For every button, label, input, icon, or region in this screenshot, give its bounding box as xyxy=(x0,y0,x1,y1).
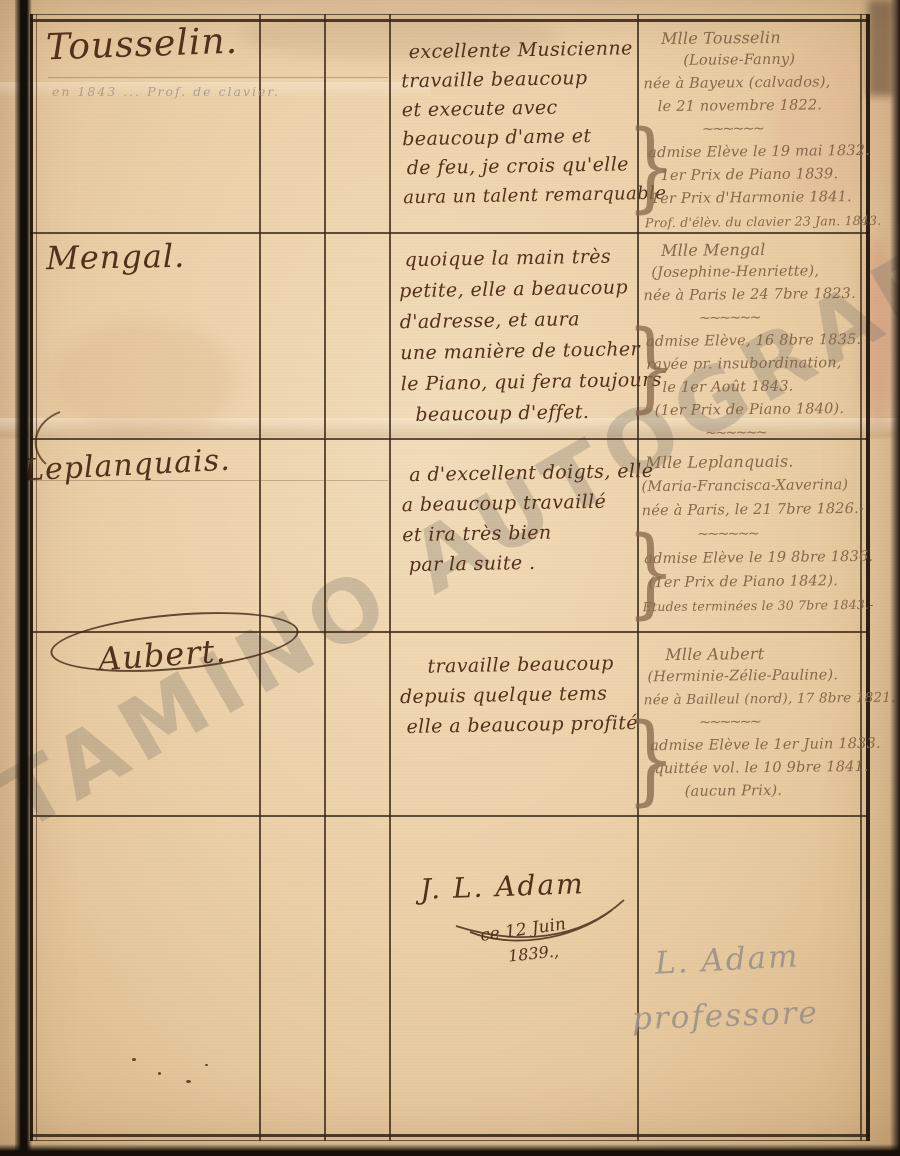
teacher-comment: quoique la main très petite, elle a beau… xyxy=(398,241,662,432)
brace: } xyxy=(626,517,676,630)
detail-line: 1er Prix d'Harmonie 1841. xyxy=(651,186,882,211)
brace: } xyxy=(626,111,676,224)
table-top-line xyxy=(30,14,870,15)
comment-line: quoique la main très xyxy=(404,241,660,276)
squiggle-divider: ~~~~~~ xyxy=(697,521,873,547)
squiggle-divider: ~~~~~~ xyxy=(702,117,881,142)
scanned-document-page: TAMINO AUTOGRAPHS Tousselin. en 1843 ...… xyxy=(0,0,900,1156)
column-divider xyxy=(389,14,391,1141)
detail-line: admise Elève le 19 mai 1832. xyxy=(648,140,881,165)
teacher-comment: travaille beaucoup depuis quelque tems e… xyxy=(399,648,638,742)
column-divider xyxy=(324,14,326,1141)
registry-details: Mlle Mengal (Josephine-Henriette), née à… xyxy=(643,237,862,446)
student-name: Mengal. xyxy=(46,237,186,277)
detail-line: (1er Prix de Piano 1840). xyxy=(655,398,863,423)
ink-speck xyxy=(186,1080,191,1083)
squiggle-divider: ~~~~~~ xyxy=(699,710,896,735)
registry-details: Mlle Tousselin (Louise-Fanny) née à Baye… xyxy=(643,25,882,234)
comment-line: le Piano, qui fera toujours xyxy=(401,365,663,401)
registry-details: Mlle Leplanquais. (Maria-Francisca-Xaver… xyxy=(641,449,874,619)
table-bottom-line xyxy=(30,1140,870,1141)
foxing-stain xyxy=(55,320,235,440)
detail-line: (Maria-Francisca-Xaverina) xyxy=(641,473,872,499)
table-left-border-inner xyxy=(36,14,37,1141)
column-divider xyxy=(259,14,261,1141)
faint-underline xyxy=(48,77,388,78)
squiggle-divider: ~~~~~~ xyxy=(705,421,863,446)
detail-line: (1er Prix de Piano 1842). xyxy=(648,569,873,595)
comment-line: elle a beaucoup profité xyxy=(406,708,638,742)
detail-line: (Louise-Fanny) xyxy=(683,48,880,73)
comment-line: excellente Musicienne xyxy=(409,34,665,67)
detail-line: Mlle Leplanquais. xyxy=(645,449,872,475)
detail-line: Mlle Mengal xyxy=(661,237,861,262)
ink-speck xyxy=(132,1058,136,1061)
detail-line: (Josephine-Henriette), xyxy=(651,260,861,285)
detail-line: Prof. d'élèv. du clavier 23 Jan. 1843. xyxy=(645,209,882,234)
comment-line: d'adresse, et aura xyxy=(399,303,661,339)
detail-line: quittée vol. le 10 9bre 1841. xyxy=(654,756,896,782)
detail-line: Etudes terminées le 30 7bre 1843.- xyxy=(643,593,874,619)
detail-line: admise Elève le 1er Juin 1833. xyxy=(650,733,896,759)
comment-line: a d'excellent doigts, elle xyxy=(409,456,654,490)
comment-line: petite, elle a beaucoup xyxy=(399,272,661,308)
student-name: Tousselin. xyxy=(45,21,238,69)
detail-line: née à Paris le 24 7bre 1823. xyxy=(643,283,861,308)
detail-line: admise Elève, 16 8bre 1835. xyxy=(646,329,862,354)
detail-line: rayée pr. insubordination, xyxy=(646,352,862,377)
brace: } xyxy=(626,704,676,817)
detail-line: née à Paris, le 21 7bre 1826.- xyxy=(642,497,873,523)
detail-line: née à Bayeux (calvados), xyxy=(643,71,880,96)
ink-speck xyxy=(158,1072,161,1075)
pencil-annotation-name: L. Adam xyxy=(654,938,800,982)
detail-line: Mlle Aubert xyxy=(665,641,895,666)
detail-line: le 21 novembre 1822. xyxy=(658,94,881,119)
detail-line: née à Bailleul (nord), 17 8bre 1821. xyxy=(644,687,896,713)
name-flourish xyxy=(20,408,70,468)
detail-line: Mlle Tousselin xyxy=(661,25,880,50)
detail-line: admise Elève le 19 8bre 1836. xyxy=(644,545,873,571)
comment-line: par la suite . xyxy=(409,546,656,580)
table-left-border xyxy=(30,14,33,1141)
squiggle-divider: ~~~~~~ xyxy=(699,306,862,331)
comment-line: depuis quelque tems xyxy=(400,678,638,712)
registry-details: Mlle Aubert (Herminie-Zélie-Pauline). né… xyxy=(643,641,897,805)
teacher-comment: a d'excellent doigts, elle a beaucoup tr… xyxy=(401,456,655,580)
ink-speck xyxy=(205,1064,208,1066)
comment-line: a beaucoup travaillé xyxy=(401,486,654,520)
comment-line: travaille beaucoup xyxy=(401,63,665,97)
table-bottom-line-thick xyxy=(30,1134,870,1137)
comment-line: travaille beaucoup xyxy=(427,648,637,682)
pencil-annotation-title: professore xyxy=(631,995,819,1037)
pencil-note: en 1843 ... Prof. de clavier. xyxy=(52,84,280,99)
row-divider xyxy=(30,815,868,817)
table-top-line-thick xyxy=(30,19,870,22)
comment-line: et ira très bien xyxy=(402,516,655,550)
detail-line: (aucun Prix). xyxy=(685,779,897,804)
detail-line: 1er Prix de Piano 1839. xyxy=(660,163,881,188)
brace: } xyxy=(626,311,676,424)
detail-line: (Herminie-Zélie-Pauline). xyxy=(647,664,895,690)
detail-line: le 1er Août 1843. xyxy=(662,375,862,400)
comment-line: une manière de toucher xyxy=(400,334,662,370)
